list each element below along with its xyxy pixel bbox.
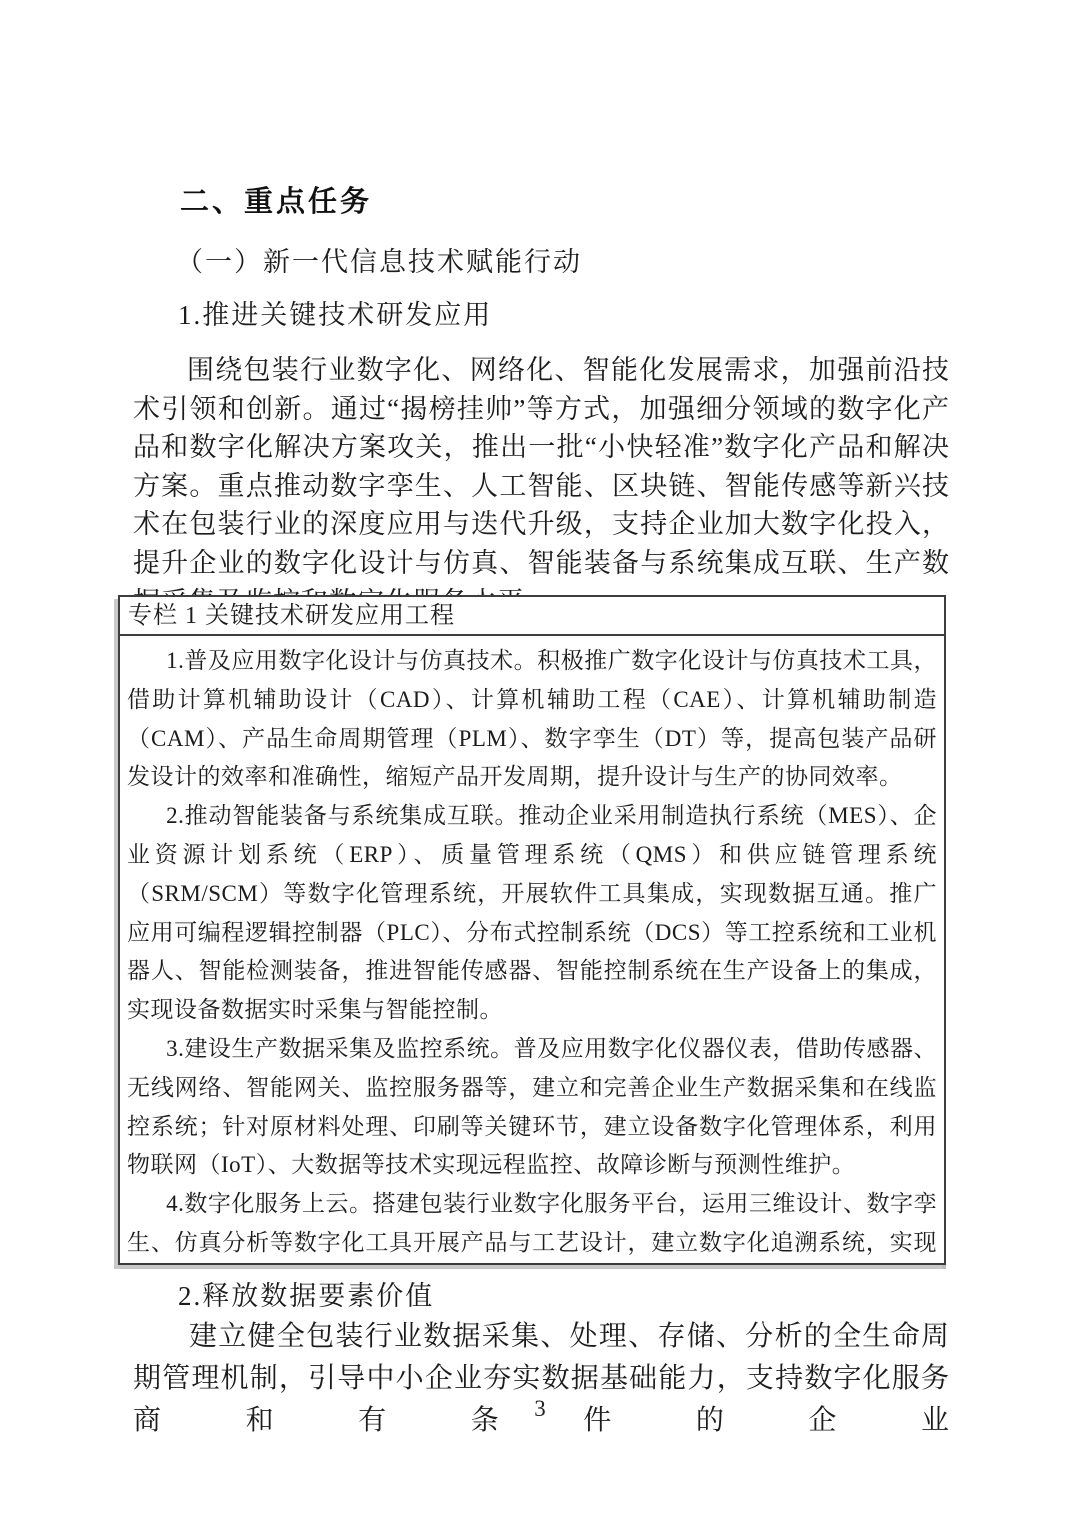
callout-box: 专栏 1 关键技术研发应用工程 1.普及应用数字化设计与仿真技术。积极推广数字化… xyxy=(118,595,946,1265)
body-paragraph-2: 建立健全包装行业数据采集、处理、存储、分析的全生命周期管理机制，引导中小企业夯实… xyxy=(133,1316,950,1442)
body-paragraph-1: 围绕包装行业数字化、网络化、智能化发展需求，加强前沿技术引领和创新。通过“揭榜挂… xyxy=(133,351,950,621)
callout-item-2: 2.推动智能装备与系统集成互联。推动企业采用制造执行系统（MES）、企业资源计划… xyxy=(127,797,937,1030)
callout-item-4: 4.数字化服务上云。搭建包装行业数字化服务平台，运用三维设计、数字孪生、仿真分析… xyxy=(127,1185,937,1265)
section-heading: 二、重点任务 xyxy=(180,186,372,219)
subsection-heading: （一）新一代信息技术赋能行动 xyxy=(176,246,582,278)
task-heading-2: 2.释放数据要素价值 xyxy=(178,1281,434,1312)
callout-item-1: 1.普及应用数字化设计与仿真技术。积极推广数字化设计与仿真技术工具，借助计算机辅… xyxy=(127,642,937,797)
task-heading-1: 1.推进关键技术研发应用 xyxy=(178,300,492,331)
document-page: 二、重点任务 （一）新一代信息技术赋能行动 1.推进关键技术研发应用 围绕包装行… xyxy=(0,0,1080,1527)
page-number: 3 xyxy=(0,1396,1080,1422)
callout-box-body: 1.普及应用数字化设计与仿真技术。积极推广数字化设计与仿真技术工具，借助计算机辅… xyxy=(120,636,944,1265)
callout-item-3: 3.建设生产数据采集及监控系统。普及应用数字化仪器仪表，借助传感器、无线网络、智… xyxy=(127,1030,937,1185)
callout-box-title: 专栏 1 关键技术研发应用工程 xyxy=(120,597,944,636)
